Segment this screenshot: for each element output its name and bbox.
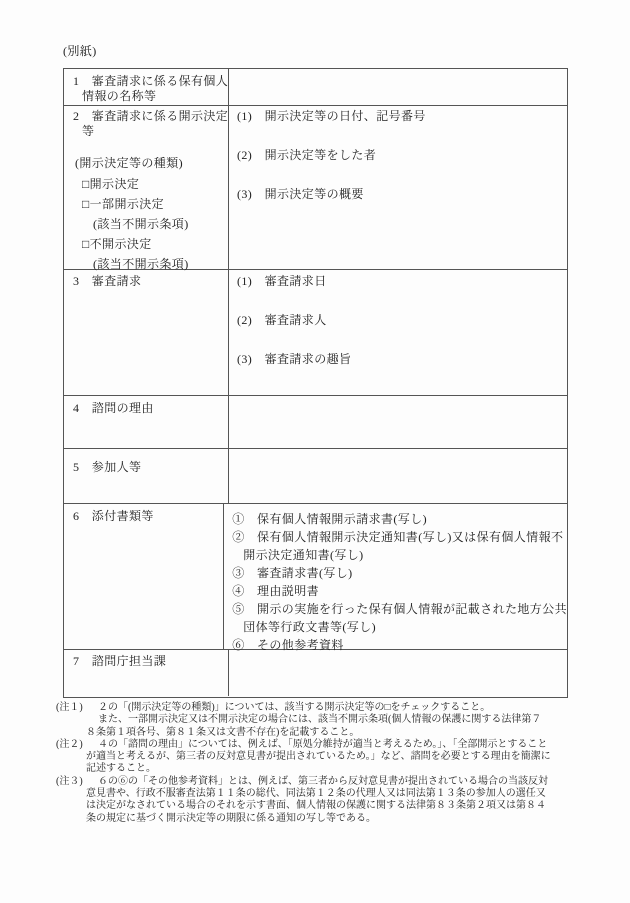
note-2-line-3: 記述すること。 [56,763,616,775]
note-3-label: (注３) [56,776,83,788]
review-request-table: 1 審査請求に係る保有個人 情報の名称等 2 審査請求に係る開示決定 等 (開示… [63,68,568,698]
row6-title: 6 添付書類等 [64,509,223,524]
row2-title-line1: 2 審査請求に係る開示決定 [64,109,228,124]
row3-label-cell: 3 審査請求 [64,270,229,395]
row7-label-cell: 7 諮問庁担当課 [64,650,229,696]
option-nondisclosure-decision: □不開示決定 [64,234,228,254]
attachment-item-1: ① 保有個人情報開示請求書(写し) [224,510,567,528]
decision-kind-options: □開示決定 □一部開示決定 (該当不開示条項) □不開示決定 (該当不開示条項) [64,174,228,274]
option-partial-disclosure-decision: □一部開示決定 [64,194,228,214]
table-row-6: 6 添付書類等 ① 保有個人情報開示請求書(写し) ② 保有個人情報開示決定通知… [64,504,567,650]
row4-title: 4 諮問の理由 [64,401,228,416]
note-1-text: ２の「(開示決定等の種類)」については、該当する開示決定等の□をチェックすること… [98,702,490,713]
table-row-7: 7 諮問庁担当課 [64,650,567,696]
decision-kinds-header: (開示決定等の種類) [64,156,228,171]
note-3-line-1: (注３)６の⑥の「その他参考資料」とは、例えば、第三者から反対意見書が提出されて… [56,776,616,788]
notes-section: (注１)２の「(開示決定等の種類)」については、該当する開示決定等の□をチェック… [56,702,616,825]
note-1-label: (注１) [56,702,83,714]
row3-value-cell: (1) 審査請求日 (2) 審査請求人 (3) 審査請求の趣旨 [229,270,567,395]
row2-label-cell: 2 審査請求に係る開示決定 等 (開示決定等の種類) □開示決定 □一部開示決定… [64,106,229,269]
checkbox-disclosure-decision[interactable]: □ [82,177,90,191]
attachment-item-4: ④ 理由説明書 [224,582,567,600]
attachment-item-3: ③ 審査請求書(写し) [224,564,567,582]
row1-value-cell [229,69,567,105]
note-1-line-3: ８条第１項各号、第８１条又は文書不存在)を記載すること。 [56,727,616,739]
row5-value-cell [229,449,567,503]
attachment-item-5-wrap: 団体等行政文書等(写し) [224,618,567,636]
attachment-item-2-wrap: 開示決定通知書(写し) [224,546,567,564]
row5-label-cell: 5 参加人等 [64,449,229,503]
row7-title: 7 諮問庁担当課 [64,654,228,669]
row3-item-2: (2) 審査請求人 [229,313,567,328]
option-label: 一部開示決定 [90,197,164,211]
note-2-label: (注２) [56,739,83,751]
table-row-1: 1 審査請求に係る保有個人 情報の名称等 [64,69,567,106]
row6-label-cell: 6 添付書類等 [64,504,224,649]
option-label: 不開示決定 [90,237,152,251]
row2-item-2: (2) 開示決定等をした者 [229,148,567,163]
attachment-label: (別紙) [63,44,97,59]
option-partial-disclosure-sub: (該当不開示条項) [64,214,228,234]
row1-label-cell: 1 審査請求に係る保有個人 情報の名称等 [64,69,229,105]
row3-item-3: (3) 審査請求の趣旨 [229,352,567,367]
row6-value-cell: ① 保有個人情報開示請求書(写し) ② 保有個人情報開示決定通知書(写し)又は保… [224,504,567,649]
note-2-line-2: が適当と考えるが、第三者の反対意見書が提出されているため。」など、諮問を必要とす… [56,751,616,763]
table-row-3: 3 審査請求 (1) 審査請求日 (2) 審査請求人 (3) 審査請求の趣旨 [64,270,567,396]
note-3-text: ６の⑥の「その他参考資料」とは、例えば、第三者から反対意見書が提出されている場合… [98,776,548,787]
note-3-line-4: 条の規定に基づく開示決定等の期限に係る通知の写し等である。 [56,813,616,825]
table-row-2: 2 審査請求に係る開示決定 等 (開示決定等の種類) □開示決定 □一部開示決定… [64,106,567,270]
checkbox-partial-disclosure-decision[interactable]: □ [82,197,90,211]
row2-item-3: (3) 開示決定等の概要 [229,187,567,202]
option-label: 開示決定 [90,177,140,191]
row1-title-line2: 情報の名称等 [64,89,228,104]
attachment-item-2: ② 保有個人情報開示決定通知書(写し)又は保有個人情報不 [224,528,567,546]
note-3-line-3: は決定がなされている場合のそれを示す書面、個人情報の保護に関する法律第８３条第２… [56,800,616,812]
document-page: (別紙) 1 審査請求に係る保有個人 情報の名称等 2 審査請求に係る開示決定 … [0,0,630,903]
row2-title-line2: 等 [64,124,228,139]
checkbox-nondisclosure-decision[interactable]: □ [82,237,90,251]
option-disclosure-decision: □開示決定 [64,174,228,194]
table-row-4: 4 諮問の理由 [64,396,567,449]
row4-value-cell [229,396,567,448]
note-2-text: ４の「諮問の理由」については、例えば、「原処分維持が適当と考えるため。」、「全部… [98,739,547,750]
row3-item-1: (1) 審査請求日 [229,274,567,289]
table-row-5: 5 参加人等 [64,449,567,504]
attachment-item-5: ⑤ 開示の実施を行った保有個人情報が記載された地方公共 [224,600,567,618]
note-1-line-2: また、一部開示決定又は不開示決定の場合には、該当不開示条項(個人情報の保護に関す… [56,714,616,726]
row5-title: 5 参加人等 [64,460,228,475]
row7-value-cell [229,650,567,696]
row3-title: 3 審査請求 [64,274,228,289]
note-3-line-2: 意見書や、行政不服審査法第１１条の総代、同法第１２条の代理人又は同法第１３条の参… [56,788,616,800]
note-1-line-1: (注１)２の「(開示決定等の種類)」については、該当する開示決定等の□をチェック… [56,702,616,714]
row1-title-line1: 1 審査請求に係る保有個人 [64,74,228,89]
note-2-line-1: (注２)４の「諮問の理由」については、例えば、「原処分維持が適当と考えるため。」… [56,739,616,751]
row4-label-cell: 4 諮問の理由 [64,396,229,448]
row2-value-cell: (1) 開示決定等の日付、記号番号 (2) 開示決定等をした者 (3) 開示決定… [229,106,567,269]
row2-item-1: (1) 開示決定等の日付、記号番号 [229,109,567,124]
